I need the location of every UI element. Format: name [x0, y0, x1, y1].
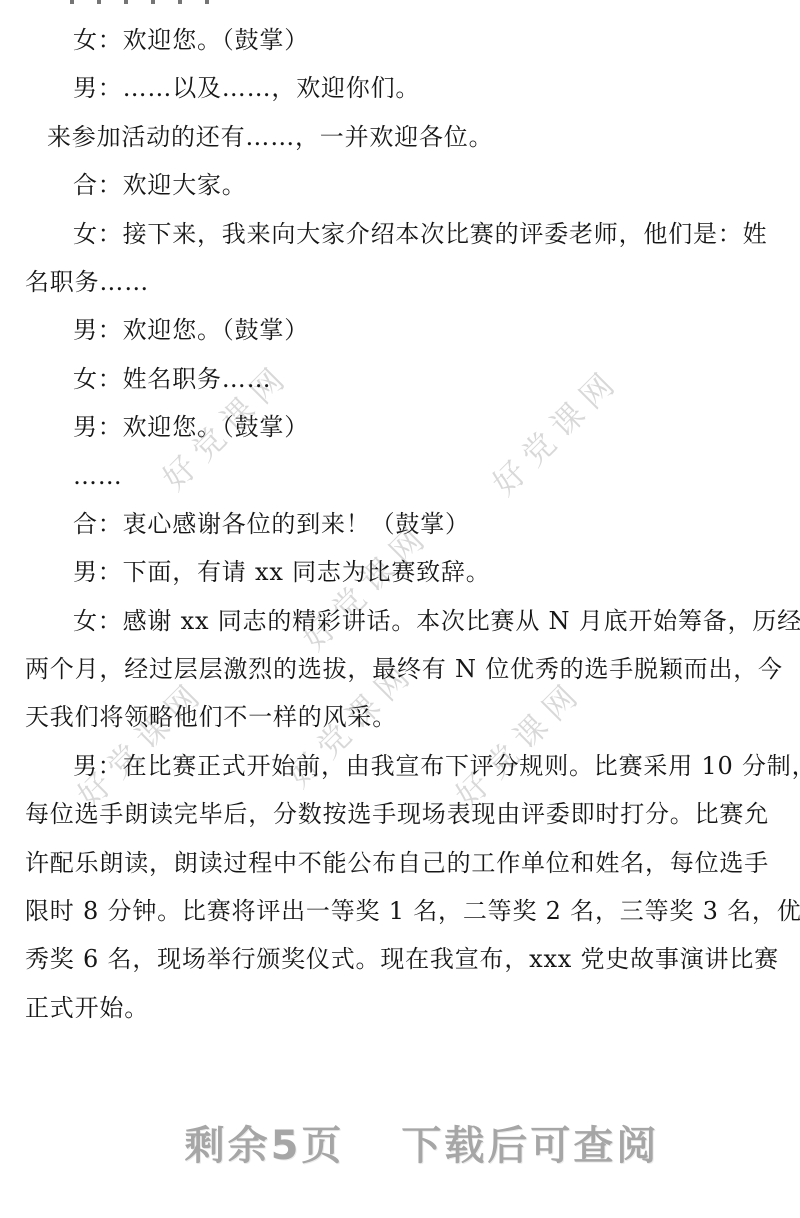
script-line: …… — [25, 452, 775, 500]
script-line: 女：欢迎您。（鼓掌） — [25, 16, 775, 64]
script-line: 男：欢迎您。（鼓掌） — [25, 403, 775, 451]
script-line: 两个月，经过层层激烈的选拔，最终有 N 位优秀的选手脱颖而出，今 — [25, 645, 775, 693]
script-line: 正式开始。 — [25, 984, 775, 1032]
script-line: 合：欢迎大家。 — [25, 161, 775, 209]
script-line: 男：……以及……，欢迎你们。 — [25, 64, 775, 112]
document-page: 好党课网好党课网好党课网好党课网好党课网好党课网 女：欢迎您。（鼓掌）男：……以… — [0, 0, 800, 1218]
script-line: 女：接下来，我来向大家介绍本次比赛的评委老师，他们是：姓 — [25, 210, 775, 258]
script-line: 男：欢迎您。（鼓掌） — [25, 306, 775, 354]
pages-remaining-label: 剩余5页 — [185, 1123, 345, 1169]
script-line: 许配乐朗读，朗读过程中不能公布自己的工作单位和姓名，每位选手 — [25, 839, 775, 887]
preview-footer: 剩余5页下载后可查阅 — [22, 1114, 800, 1171]
document-body: 女：欢迎您。（鼓掌）男：……以及……，欢迎你们。来参加活动的还有……，一并欢迎各… — [25, 16, 775, 1032]
clipped-line-remnant — [70, 0, 222, 4]
script-line: 天我们将领略他们不一样的风采。 — [25, 693, 775, 741]
script-line: 合：衷心感谢各位的到来！（鼓掌） — [25, 500, 775, 548]
script-line: 名职务…… — [25, 258, 775, 306]
script-line: 女：感谢 xx 同志的精彩讲话。本次比赛从 N 月底开始筹备，历经 — [25, 597, 775, 645]
download-hint-label: 下载后可查阅 — [401, 1123, 659, 1169]
script-line: 来参加活动的还有……，一并欢迎各位。 — [25, 113, 775, 161]
script-line: 男：在比赛正式开始前，由我宣布下评分规则。比赛采用 10 分制， — [25, 742, 775, 790]
script-line: 男：下面，有请 xx 同志为比赛致辞。 — [25, 548, 775, 596]
script-line: 秀奖 6 名，现场举行颁奖仪式。现在我宣布，xxx 党史故事演讲比赛 — [25, 935, 775, 983]
script-line: 女：姓名职务…… — [25, 355, 775, 403]
script-line: 每位选手朗读完毕后，分数按选手现场表现由评委即时打分。比赛允 — [25, 790, 775, 838]
script-line: 限时 8 分钟。比赛将评出一等奖 1 名，二等奖 2 名，三等奖 3 名，优 — [25, 887, 775, 935]
